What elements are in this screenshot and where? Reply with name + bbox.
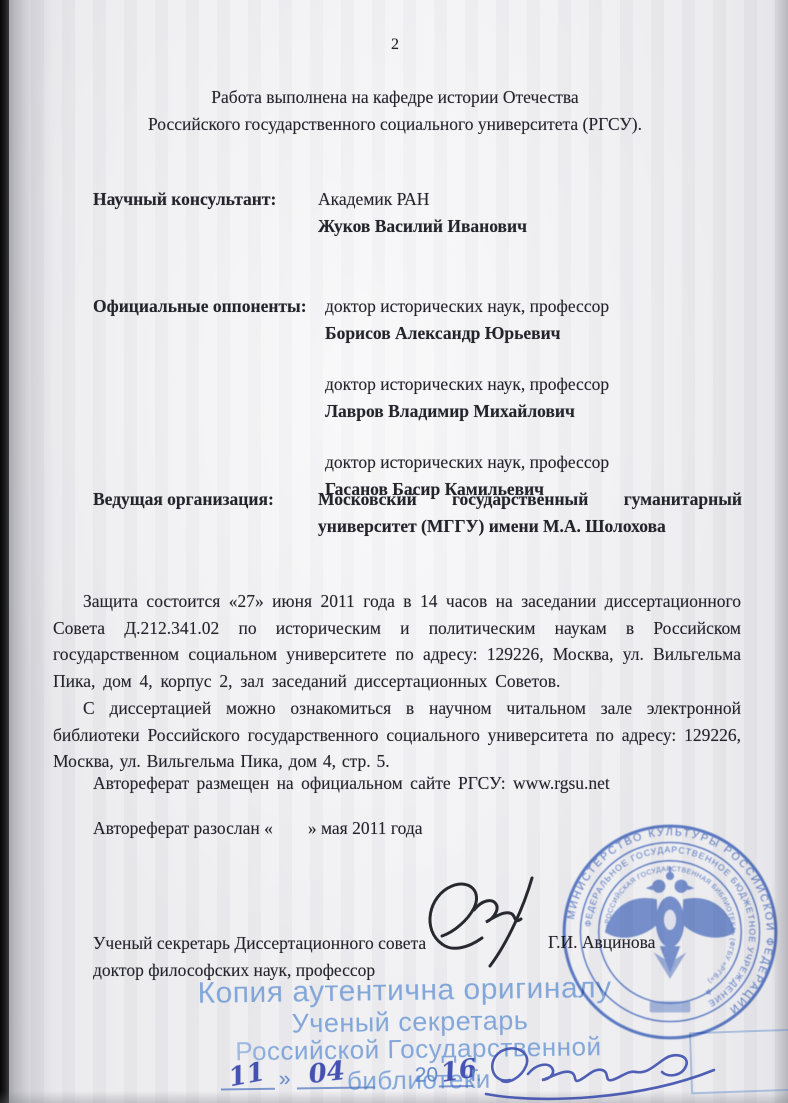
leading-organization-line-2: университет (МГГУ) имени М.А. Шолохова — [318, 513, 742, 540]
opponent-name: Лавров Владимир Михайлович — [325, 398, 743, 425]
opponent-degree: доктор исторических наук, профессор — [325, 293, 743, 320]
header-line-1: Работа выполнена на кафедре истории Отеч… — [50, 84, 740, 111]
work-performed-header: Работа выполнена на кафедре истории Отеч… — [50, 84, 740, 138]
defense-paragraph: Защита состоится «27» июня 2011 года в 1… — [53, 588, 741, 694]
page-number: 2 — [50, 36, 740, 54]
svg-text:★: ★ — [705, 987, 713, 998]
leading-organization-value: Московский государственный гуманитарный … — [318, 486, 742, 539]
scan-binding-shadow — [9, 0, 53, 1103]
opponents-label: Официальные оппоненты: — [93, 293, 307, 320]
opponent-item: доктор исторических наук, профессор Лавр… — [325, 371, 743, 424]
consultant-title: Академик РАН — [318, 186, 742, 213]
consultant-name: Жуков Василий Иванович — [318, 213, 742, 240]
consultant-value: Академик РАН Жуков Василий Иванович — [318, 186, 742, 239]
leading-organization-label: Ведущая организация: — [93, 486, 274, 513]
library-signature — [480, 1040, 720, 1102]
opponent-item: доктор исторических наук, профессор Бори… — [325, 293, 743, 346]
opponent-degree: доктор исторических наук, профессор — [325, 371, 743, 398]
leading-organization-line-1: Московский государственный гуманитарный — [318, 486, 742, 513]
website-line: Автореферат размещен на официальном сайт… — [53, 770, 741, 797]
date-year-prefix: 20 — [415, 1063, 439, 1087]
library-paragraph: С диссертацией можно ознакомиться в науч… — [53, 695, 741, 775]
opponent-name: Борисов Александр Юрьевич — [325, 320, 743, 347]
rgb-round-seal: МИНИСТЕРСТВО КУЛЬТУРЫ РОССИЙСКОЙ ФЕДЕРАЦ… — [556, 818, 784, 1046]
opponents-list: доктор исторических наук, профессор Бори… — [325, 293, 743, 514]
handwritten-month: 04 — [307, 1056, 346, 1090]
secretary-signature — [418, 870, 558, 970]
header-line-2: Российского государственного социального… — [50, 111, 740, 138]
date-quote: » — [279, 1068, 291, 1092]
scanned-document-page: 2 Работа выполнена на кафедре истории От… — [0, 0, 788, 1103]
opponent-degree: доктор исторических наук, профессор — [325, 449, 743, 476]
consultant-label: Научный консультант: — [93, 186, 276, 213]
scan-edge-left — [0, 0, 9, 1103]
